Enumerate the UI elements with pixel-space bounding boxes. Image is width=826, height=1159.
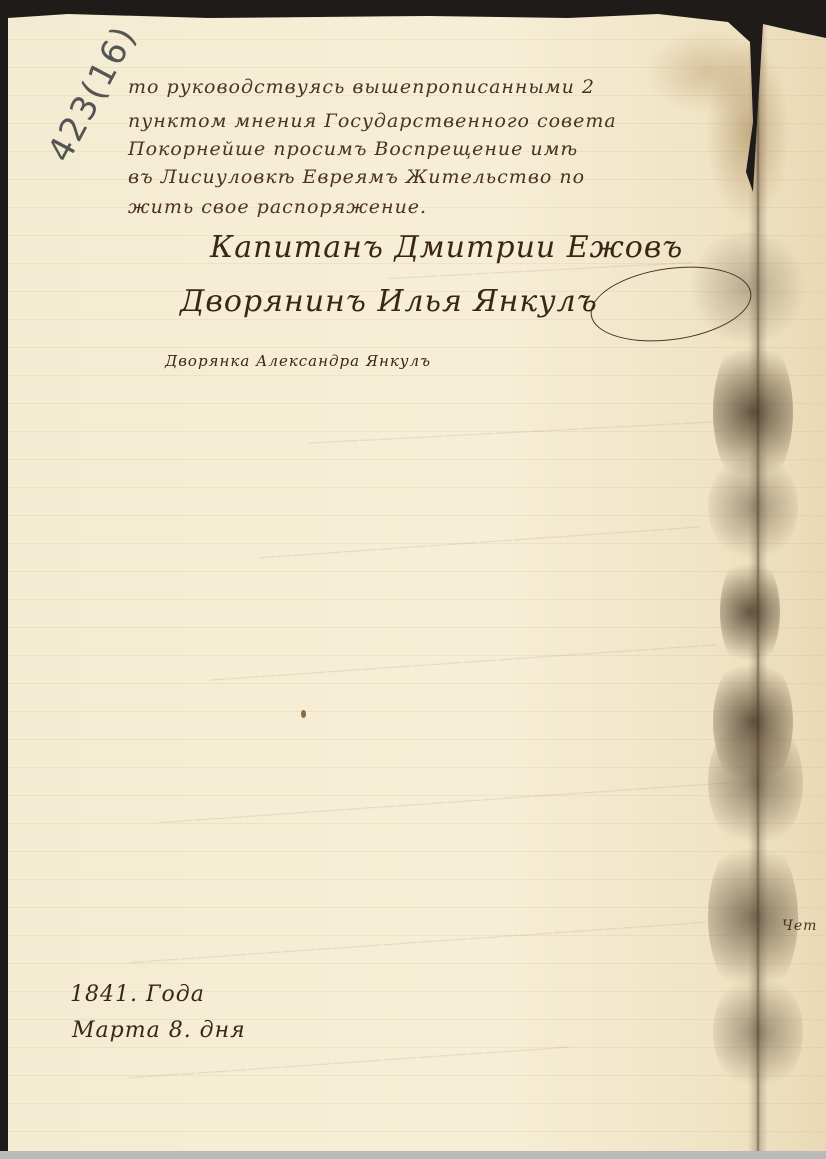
- date-day: Марта 8. дня: [72, 1018, 246, 1043]
- date-year: 1841. Года: [70, 982, 205, 1007]
- bleed-through: ——————————————————————————: [128, 1037, 570, 1088]
- signature-noblewoman: Дворянка Александра Янкулъ: [165, 352, 431, 370]
- margin-note: Чет: [782, 918, 817, 934]
- paper-speck: [301, 710, 306, 718]
- body-line: то руководствуясь вышепрописанными 2: [128, 76, 595, 98]
- bleed-through: ——————————————————————————: [258, 517, 700, 568]
- bleed-through: ——————————————————————————————————: [128, 912, 706, 972]
- bleed-through: ——————————————————————————————————: [158, 772, 736, 832]
- body-line: пунктом мнения Государственного совета: [128, 110, 617, 132]
- signature-nobleman: Дворянинъ Илья Янкулъ: [180, 284, 598, 319]
- scan-edge: [0, 1151, 826, 1159]
- signature-captain: Капитанъ Дмитрии Ежовъ: [210, 230, 683, 265]
- body-line: Покорнейше просимъ Воспрещение имѣ: [128, 138, 578, 160]
- ink-stain: [708, 452, 798, 562]
- body-line: въ Лисиуловкѣ Евреямъ Жительство по: [128, 166, 585, 188]
- bleed-through: ——————————————————————————————: [208, 634, 718, 690]
- bleed-through: ————————————————————————: [308, 411, 716, 452]
- ink-stain: [713, 972, 803, 1092]
- body-line: жить свое распоряжение.: [128, 196, 427, 218]
